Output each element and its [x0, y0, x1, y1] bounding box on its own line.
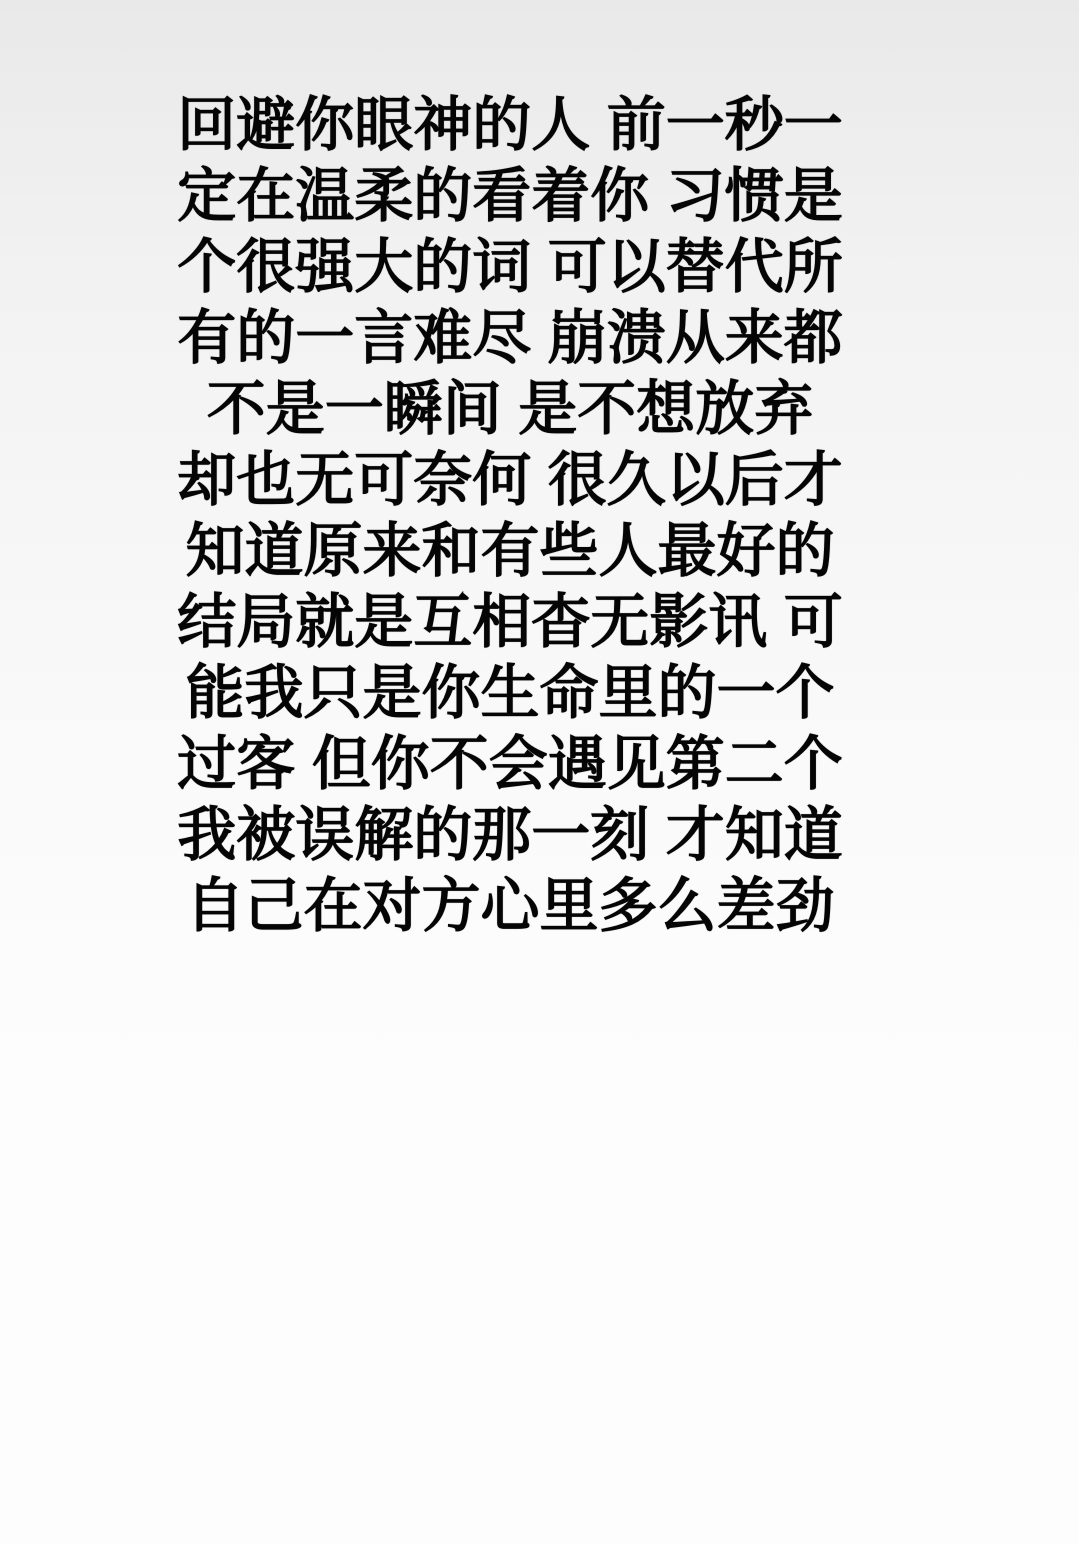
- quote-line: 却也无可奈何 很久以后才: [160, 445, 860, 516]
- quote-line: 有的一言难尽 崩溃从来都: [160, 303, 860, 374]
- quote-line: 不是一瞬间 是不想放弃: [160, 374, 860, 445]
- page-background: { "page": { "background_top": "#e9e9e9",…: [0, 0, 1079, 1544]
- quote-line: 回避你眼神的人 前一秒一: [160, 90, 860, 161]
- quote-line: 能我只是你生命里的一个: [160, 658, 860, 729]
- quote-line: 过客 但你不会遇见第二个: [160, 729, 860, 800]
- quote-line: 结局就是互相杳无影讯 可: [160, 587, 860, 658]
- quote-line: 定在温柔的看着你 习惯是: [160, 161, 860, 232]
- quote-line: 知道原来和有些人最好的: [160, 516, 860, 587]
- quote-line: 个很强大的词 可以替代所: [160, 232, 860, 303]
- quote-line: 自己在对方心里多么差劲: [160, 871, 860, 942]
- quote-text-block: 回避你眼神的人 前一秒一 定在温柔的看着你 习惯是 个很强大的词 可以替代所 有…: [160, 90, 860, 942]
- quote-line: 我被误解的那一刻 才知道: [160, 800, 860, 871]
